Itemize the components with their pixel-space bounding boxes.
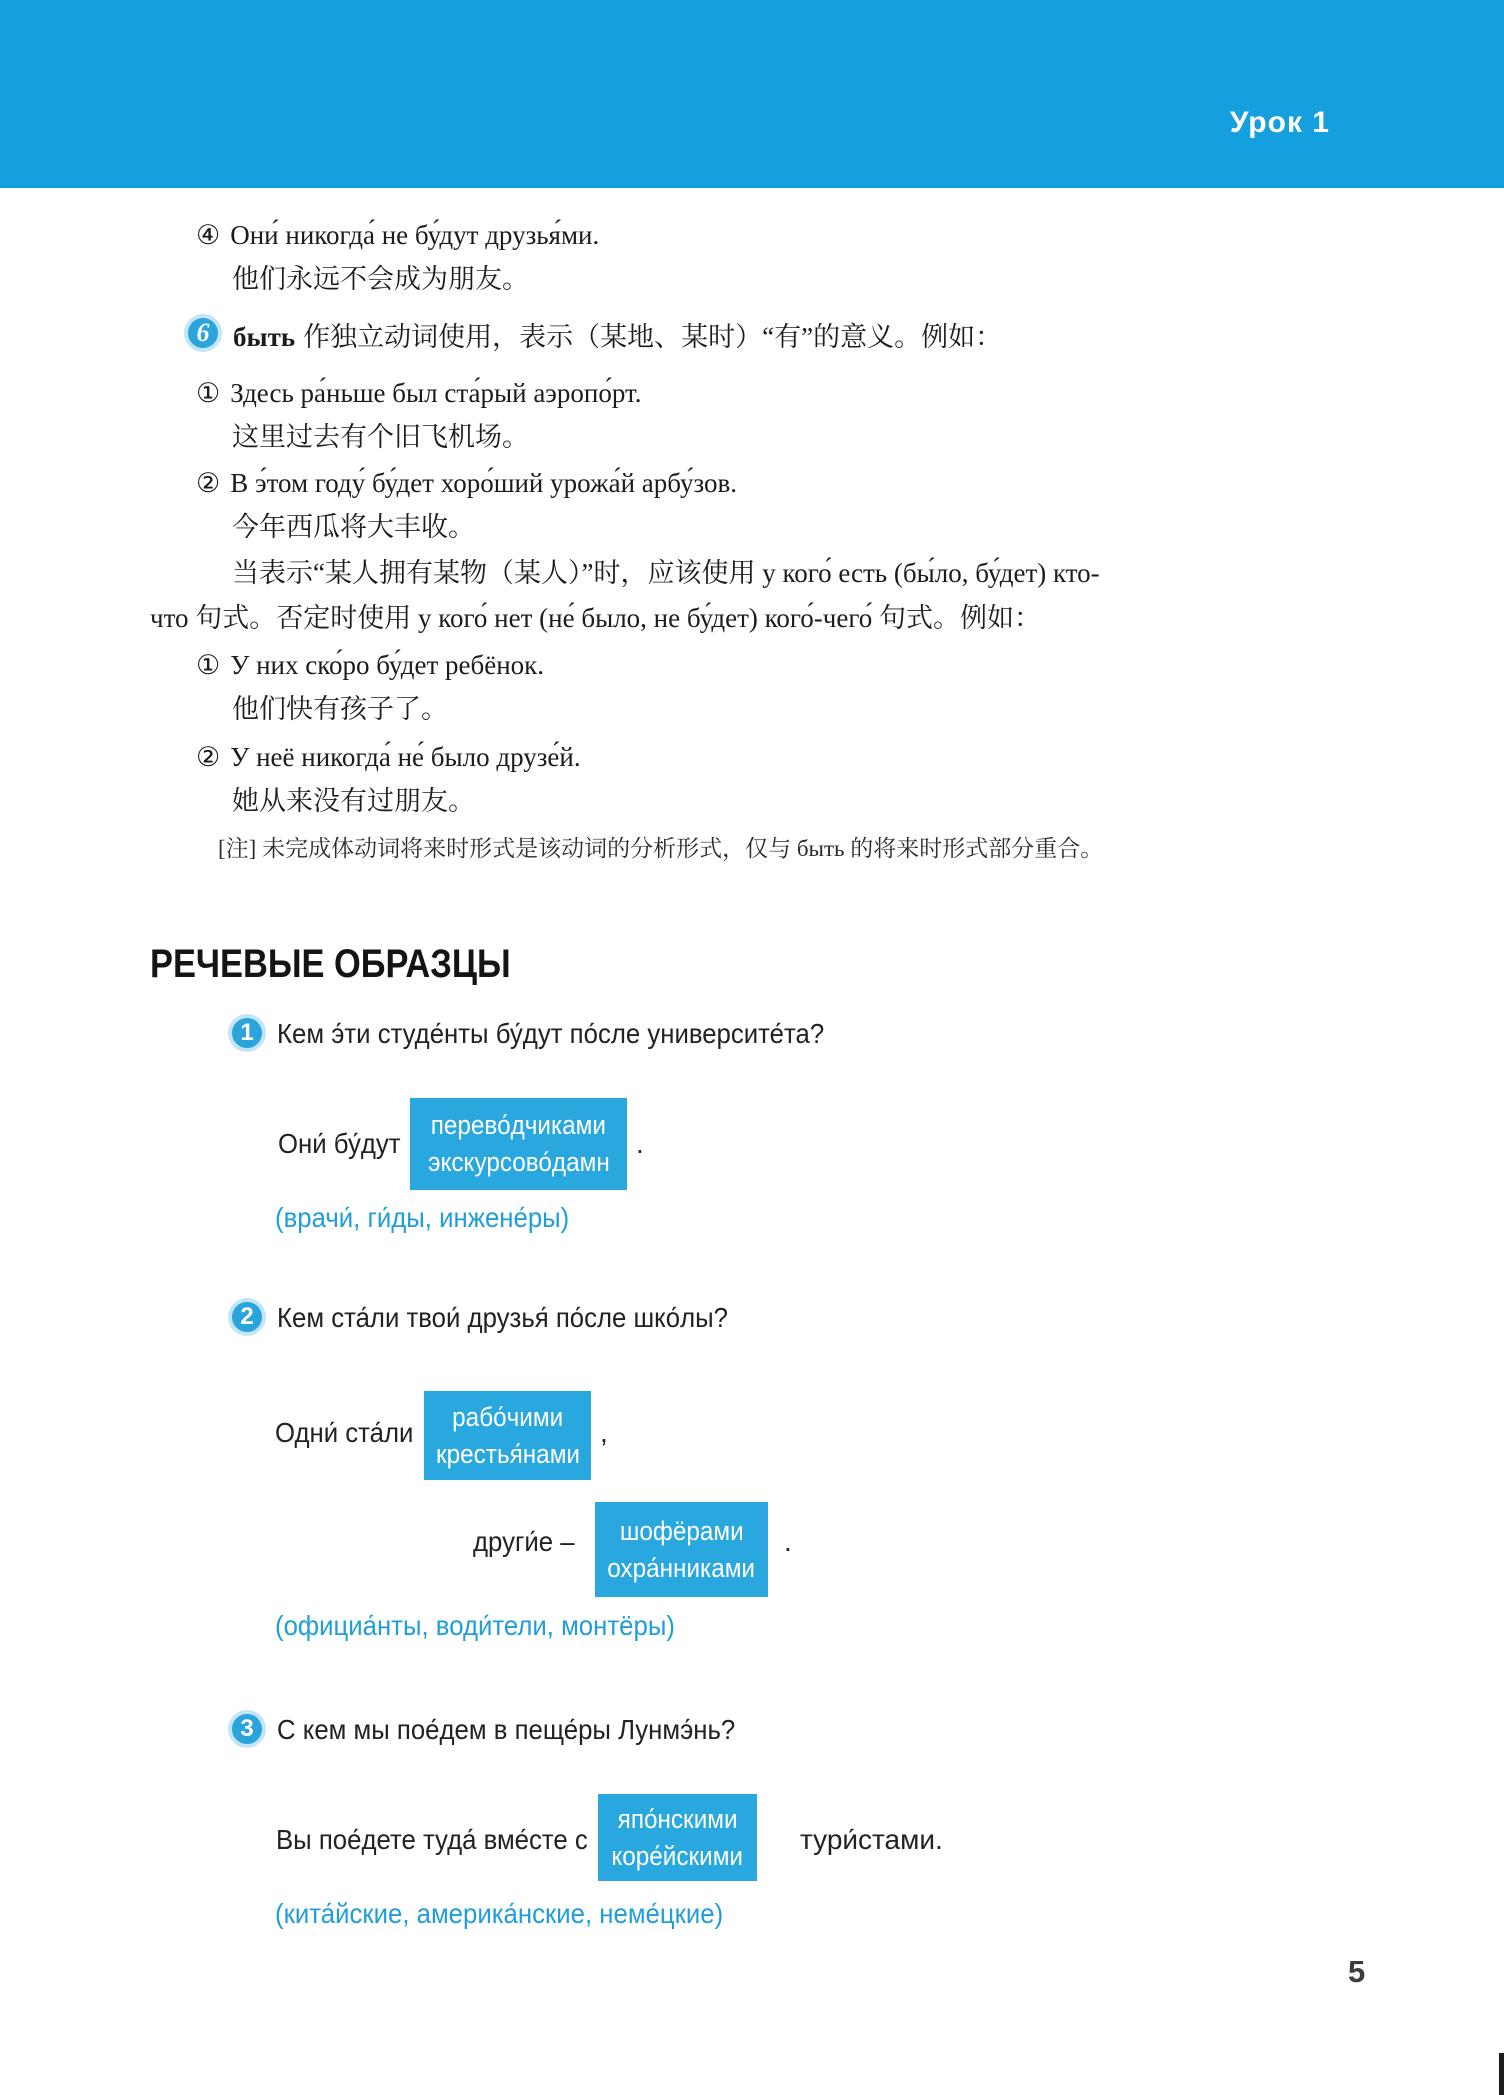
pattern-number-badge: 3 (228, 1710, 266, 1748)
substitution-option: рабо́чими (452, 1399, 563, 1436)
example-ru-text: Здесь ра́ньше был ста́рый аэропо́рт. (230, 378, 641, 408)
substitution-box: перево́дчиками экскурсово́дамн (410, 1098, 627, 1190)
section-heading: РЕЧЕВЫЕ ОБРАЗЦЫ (150, 942, 511, 987)
substitution-option: экскурсово́дамн (428, 1144, 610, 1181)
pattern-tail: тури́стами. (800, 1824, 943, 1856)
pattern-question: С кем мы пое́дем в пеще́ры Лунмэ́нь? (277, 1714, 735, 1746)
example-cn: 她从来没有过朋友。 (232, 784, 475, 818)
pattern-stem: Одни́ ста́ли (275, 1417, 413, 1449)
pattern-number-badge: 2 (228, 1298, 266, 1336)
grammar-point-cn: 作独立动词使用，表示（某地、某时）“有”的意义。例如： (303, 322, 1002, 352)
substitution-option: крестья́нами (435, 1436, 579, 1473)
example-cn: 这里过去有个旧飞机场。 (232, 420, 529, 454)
substitution-box: шофёрами охра́нниками (595, 1502, 768, 1597)
example-ru: ②В э́том году́ бу́дет хоро́ший урожа́й а… (196, 466, 737, 500)
lesson-label: Урок 1 (1230, 106, 1330, 140)
example-ru-text: Они́ никогда́ не бу́дут друзья́ми. (230, 220, 599, 250)
substitution-option: охра́нниками (608, 1550, 756, 1587)
substitution-option: перево́дчиками (431, 1107, 606, 1144)
page-number: 5 (1348, 1954, 1365, 1990)
pattern-tail: . (784, 1526, 792, 1558)
circled-number-icon: ② (196, 468, 220, 498)
example-ru-text: У них ско́ро бу́дет ребёнок. (230, 650, 544, 680)
circled-number-icon: ① (196, 378, 220, 408)
pattern-tail: , (600, 1417, 608, 1449)
substitution-box: рабо́чими крестья́нами (424, 1391, 591, 1480)
grammar-term: быть (233, 322, 295, 352)
substitution-option: коре́йскими (612, 1838, 744, 1875)
pattern-question: Кем ста́ли твои́ друзья́ по́сле шко́лы? (277, 1302, 728, 1334)
grammar-point-badge: 6 (184, 314, 222, 352)
page-edge-mark (1499, 2053, 1504, 2095)
example-ru-text: В э́том году́ бу́дет хоро́ший урожа́й ар… (230, 468, 737, 498)
example-cn: 他们永远不会成为朋友。 (232, 262, 529, 296)
header-band: Урок 1 (0, 0, 1504, 188)
pattern-stem: Вы пое́дете туда́ вме́сте с (276, 1824, 588, 1856)
substitution-option: япо́нскими (618, 1801, 738, 1838)
usage-note-line: что 句式。否定时使用 у кого́ нет (не́ было, не б… (150, 601, 1041, 635)
pattern-stem: други́е – (473, 1526, 575, 1558)
hint-options: (врачи́, ги́ды, инжене́ры) (275, 1202, 569, 1234)
example-ru-text: У неё никогда́ не́ было друзе́й. (230, 742, 580, 772)
pattern-question: Кем э́ти студе́нты бу́дут по́сле универс… (277, 1018, 824, 1050)
circled-number-icon: ① (196, 650, 220, 680)
example-ru: ②У неё никогда́ не́ было друзе́й. (196, 740, 581, 774)
usage-note-line: 当表示“某人拥有某物（某人）”时，应该使用 у кого́ есть (бы́л… (232, 556, 1100, 590)
example-cn: 今年西瓜将大丰收。 (232, 510, 475, 544)
substitution-box: япо́нскими коре́йскими (598, 1794, 757, 1881)
pattern-number-badge: 1 (228, 1014, 266, 1052)
footnote: [注] 未完成体动词将来时形式是该动词的分析形式，仅与 быть 的将来时形式部… (218, 832, 1103, 866)
example-ru: ④Они́ никогда́ не бу́дут друзья́ми. (196, 218, 599, 252)
pattern-stem: Они́ бу́дут (278, 1128, 401, 1160)
example-cn: 他们快有孩子了。 (232, 692, 448, 726)
textbook-page: Урок 1 ④Они́ никогда́ не бу́дут друзья́м… (0, 0, 1504, 2095)
circled-number-icon: ④ (196, 220, 220, 250)
hint-options: (официа́нты, води́тели, монтёры) (275, 1610, 675, 1642)
hint-options: (кита́йские, америка́нские, неме́цкие) (275, 1898, 723, 1930)
example-ru: ①Здесь ра́ньше был ста́рый аэропо́рт. (196, 376, 642, 410)
substitution-option: шофёрами (620, 1513, 744, 1550)
pattern-tail: . (636, 1128, 644, 1160)
example-ru: ①У них ско́ро бу́дет ребёнок. (196, 648, 544, 682)
grammar-point-text: быть作独立动词使用，表示（某地、某时）“有”的意义。例如： (233, 320, 1002, 354)
circled-number-icon: ② (196, 742, 220, 772)
